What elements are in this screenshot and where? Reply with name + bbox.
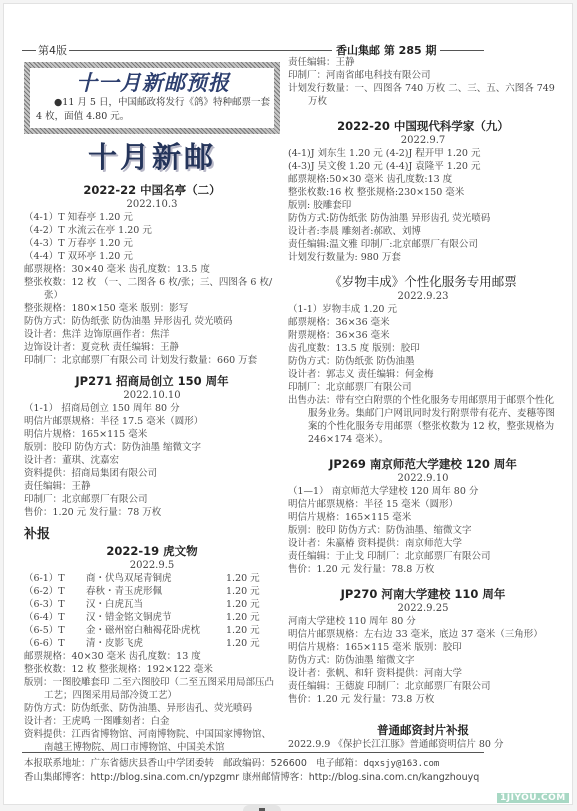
stamp-number: （6-6）T bbox=[24, 637, 86, 650]
spec-line: 邮票规格：40×30 毫米 齿孔度数：13 度 bbox=[24, 650, 280, 663]
spec-line: （1-1）岁物丰成 1.20 元 bbox=[288, 303, 558, 316]
spec-line: 售价：1.20 元 发行量：78.8 万枚 bbox=[288, 563, 558, 576]
left-column: 十一月新邮预报 ●11 月 5 日，中国邮政将发行《鸽》特种邮票一套 4 枚，面… bbox=[24, 62, 280, 754]
november-preview-box: 十一月新邮预报 ●11 月 5 日，中国邮政将发行《鸽》特种邮票一套 4 枚，面… bbox=[24, 62, 280, 134]
stamp-item: （4-3）T 万春亭 1.20 元 bbox=[24, 237, 280, 250]
spec-line: 计划发行数量：一、四图各 740 万枚 二、三、五、六图各 749 万枚 bbox=[288, 82, 558, 108]
spec-line: 版别：胶印 防伪方式：防伪油墨 缩微文字 bbox=[24, 441, 280, 454]
section-title: JP270 河南大学建校 110 周年 bbox=[288, 586, 558, 602]
spec-line: 印制厂：北京邮票厂有限公司 bbox=[24, 493, 280, 506]
sale-method: 出售办法：带有空白附票的个性化服务专用邮票用于邮票个性化服务业务。集邮门户网讯同… bbox=[288, 394, 558, 446]
spec-line: 印制厂：北京邮票厂有限公司 计划发行数量：660 万套 bbox=[24, 354, 280, 367]
table-row: （6-2）T 春秋・青玉虎形佩 1.20 元 bbox=[24, 585, 260, 598]
stamp-number: （6-5）T bbox=[24, 624, 86, 637]
spec-line: 责任编辑：王静 bbox=[288, 56, 558, 69]
section-date: 2022.10.3 bbox=[24, 198, 280, 211]
spec-line: 责任编辑：于止戈 印制厂：北京邮票厂有限公司 bbox=[288, 550, 558, 563]
section-date: 2022.9.23 bbox=[288, 290, 558, 303]
spec-line: 整张枚数:16 枚 整张规格:230×150 毫米 bbox=[288, 186, 558, 199]
spec-line: 设计者:李晨 雕刻者:郝欧、刘博 bbox=[288, 225, 558, 238]
stamp-number: （6-1）T bbox=[24, 572, 86, 585]
section-date: 2022.9.5 bbox=[24, 559, 280, 572]
right-column: 责任编辑：王静 印制厂：河南省邮电科技有限公司 计划发行数量：一、四图各 740… bbox=[288, 56, 558, 751]
blog2-link[interactable]: http://blog.sina.com.cn/kangzhouyq bbox=[309, 772, 480, 783]
spec-line: 设计者：朱嬴椿 资料提供：南京师范大学 bbox=[288, 537, 558, 550]
blog1-label: 香山集邮博客： bbox=[24, 772, 91, 783]
section-2022-22: 2022-22 中国名亭（二） 2022.10.3 （4-1）T 知春亭 1.2… bbox=[24, 182, 280, 367]
table-row: （6-5）T 金・磁州窑白釉褐花卧虎枕 1.20 元 bbox=[24, 624, 260, 637]
stamp-price: 1.20 元 bbox=[226, 585, 260, 598]
spec-line: 整张枚数：12 枚 整张规格：192×122 毫米 bbox=[24, 663, 280, 676]
supplement-heading: 补报 bbox=[24, 527, 280, 543]
spec-line: 责任编辑：王静 bbox=[24, 480, 280, 493]
spec-line: （1-1） 招商局创立 150 周年 80 分 bbox=[24, 402, 280, 415]
spec-line: 防伪方式：防伪纸张 防伪油墨 bbox=[288, 355, 558, 368]
section-title: 2022-20 中国现代科学家（九） bbox=[288, 118, 558, 134]
address-label: 本报联系地址：广东省德庆县香山中学团委转 bbox=[24, 758, 214, 769]
section-postal-stationery: 普通邮资封片补报 2022.9.9 《保护长江江豚》普通邮资明信片 80 分 bbox=[288, 722, 558, 751]
stamp-name: 汉・白虎瓦当 bbox=[86, 598, 226, 611]
section-title: 2022-19 虎文物 bbox=[24, 543, 280, 559]
stamp-price: 1.20 元 bbox=[226, 637, 260, 650]
stamp-number: （6-2）T bbox=[24, 585, 86, 598]
spec-line: 齿孔度数：13.5 度 版别：胶印 bbox=[288, 342, 558, 355]
spec-line: 资料提供：江西省博物馆、河南博物院、中国国家博物馆、南越王博物院、周口市博物馆、… bbox=[24, 728, 280, 754]
section-date: 2022.9.25 bbox=[288, 602, 558, 615]
spec-line: 明信片邮票规格：左右边 33 毫米，底边 37 毫米（三角形） bbox=[288, 628, 558, 641]
spec-line: 计划发行数量为: 980 万套 bbox=[288, 251, 558, 264]
stamp-item: （4-4）T 双环亭 1.20 元 bbox=[24, 250, 280, 263]
spec-line: 明信片邮票规格：半径 17.5 毫米（圆形） bbox=[24, 415, 280, 428]
spec-line: 邮票规格：30×40 毫米 齿孔度数：13.5 度 bbox=[24, 263, 280, 276]
spec-line: 边饰设计者：夏竞秋 责任编辑：王静 bbox=[24, 341, 280, 354]
preview-text: ●11 月 5 日，中国邮政将发行《鸽》特种邮票一套 4 枚，面值 4.80 元… bbox=[36, 96, 270, 124]
stamp-price: 1.20 元 bbox=[226, 598, 260, 611]
stamp-name: 汉・错金铭文铜虎节 bbox=[86, 611, 226, 624]
postcode: 526600 bbox=[271, 758, 307, 769]
email-link[interactable]: dqxsjy@163.com bbox=[363, 759, 439, 769]
spec-line: 版别: 胶雕套印 bbox=[288, 199, 558, 212]
table-row: （6-4）T 汉・错金铭文铜虎节 1.20 元 bbox=[24, 611, 260, 624]
section-title: JP269 南京师范大学建校 120 周年 bbox=[288, 456, 558, 472]
spec-line: 资料提供：招商局集团有限公司 bbox=[24, 467, 280, 480]
table-row: （6-6）T 清・皮影飞虎 1.20 元 bbox=[24, 637, 260, 650]
spec-line: (4-3)J 吴文俊 1.20 元 (4-4)J 袁隆平 1.20 元 bbox=[288, 160, 558, 173]
spec-line: 设计者：焦洋 边饰原画作者：焦洋 bbox=[24, 328, 280, 341]
spec-line: 版别：一图胶雕套印 二至六图胶印（二至五图采用局部压凸工艺；四图采用局部冷烫工艺… bbox=[24, 676, 280, 702]
stamp-table: （6-1）T 商・伏鸟双尾青铜虎 1.20 元 （6-2）T 春秋・青玉虎形佩 … bbox=[24, 572, 260, 650]
table-row: （6-3）T 汉・白虎瓦当 1.20 元 bbox=[24, 598, 260, 611]
section-2022-20: 2022-20 中国现代科学家（九） 2022.9.7 (4-1)J 刘东生 1… bbox=[288, 118, 558, 264]
stamp-price: 1.20 元 bbox=[226, 572, 260, 585]
spec-line: 责任编辑:温文雅 印制厂:北京邮票厂有限公司 bbox=[288, 238, 558, 251]
stamp-name: 商・伏鸟双尾青铜虎 bbox=[86, 572, 226, 585]
section-title: 2022-22 中国名亭（二） bbox=[24, 182, 280, 198]
footer-rule bbox=[22, 752, 484, 753]
spec-line: 版别：胶印 防伪方式：防伪油墨、缩微文字 bbox=[288, 524, 558, 537]
section-date: 2022.9.7 bbox=[288, 134, 558, 147]
spec-line: 防伪方式：防伪纸张、防伪油墨、异形齿孔、荧光喷码 bbox=[24, 702, 280, 715]
spec-line: 印制厂：北京邮票厂有限公司 bbox=[288, 381, 558, 394]
spec-line: 防伪方式：防伪纸张 防伪油墨 异形齿孔 荧光喷码 bbox=[24, 315, 280, 328]
spec-line: 整张规格：180×150 毫米 版别：影写 bbox=[24, 302, 280, 315]
blog2-label: 康州邮情博客： bbox=[242, 772, 309, 783]
spec-line: 售价：1.20 元 发行量：73.8 万枚 bbox=[288, 693, 558, 706]
spec-line: 邮票规格：36×36 毫米 bbox=[288, 316, 558, 329]
spec-line: 明信片规格：165×115 毫米 bbox=[288, 511, 558, 524]
spec-line: 整张枚数：12 枚 （一、二图各 6 枚/张；三、四图各 6 枚/张） bbox=[24, 276, 280, 302]
site-watermark: 1JIYOU.COM bbox=[497, 793, 569, 803]
spec-line: 设计者：王虎鸣 一图雕刻者：白金 bbox=[24, 715, 280, 728]
section-personalized-stamp: 《岁物丰成》个性化服务专用邮票 2022.9.23 （1-1）岁物丰成 1.20… bbox=[288, 274, 558, 446]
spec-line: 设计者：郭志义 责任编辑：何金梅 bbox=[288, 368, 558, 381]
table-row: （6-1）T 商・伏鸟双尾青铜虎 1.20 元 bbox=[24, 572, 260, 585]
stamp-price: 1.20 元 bbox=[226, 624, 260, 637]
section-continuation: 责任编辑：王静 印制厂：河南省邮电科技有限公司 计划发行数量：一、四图各 740… bbox=[288, 56, 558, 108]
section-title: 普通邮资封片补报 bbox=[288, 722, 558, 738]
stamp-item: （4-2）T 水流云在亭 1.20 元 bbox=[24, 224, 280, 237]
scroll-handle[interactable] bbox=[243, 805, 281, 811]
section-date: 2022.10.10 bbox=[24, 389, 280, 402]
section-jp270: JP270 河南大学建校 110 周年 2022.9.25 河南大学建校 110… bbox=[288, 586, 558, 706]
stamp-price: 1.20 元 bbox=[226, 611, 260, 624]
spec-line: 设计者：董琪、沈嘉宏 bbox=[24, 454, 280, 467]
section-date: 2022.9.10 bbox=[288, 472, 558, 485]
stamp-name: 金・磁州窑白釉褐花卧虎枕 bbox=[86, 624, 226, 637]
footer: 本报联系地址：广东省德庆县香山中学团委转 邮政编码：526600 电子邮箱：dq… bbox=[24, 757, 544, 784]
stamp-name: 清・皮影飞虎 bbox=[86, 637, 226, 650]
stamp-number: （6-3）T bbox=[24, 598, 86, 611]
spec-line: 印制厂：河南省邮电科技有限公司 bbox=[288, 69, 558, 82]
postcode-label: 邮政编码： bbox=[223, 758, 271, 769]
spec-line: 防伪方式:防伪纸张 防伪油墨 异形齿孔 荧光喷码 bbox=[288, 212, 558, 225]
spec-line: 附票规格：36×36 毫米 bbox=[288, 329, 558, 342]
section-jp269: JP269 南京师范大学建校 120 周年 2022.9.10 （1—1） 南京… bbox=[288, 456, 558, 576]
spec-line: （1—1） 南京师范大学建校 120 周年 80 分 bbox=[288, 485, 558, 498]
spec-line: 2022.9.9 《保护长江江豚》普通邮资明信片 80 分 bbox=[288, 738, 558, 751]
preview-title: 十一月新邮预报 bbox=[36, 70, 270, 96]
spec-line: (4-1)J 刘东生 1.20 元 (4-2)J 程开甲 1.20 元 bbox=[288, 147, 558, 160]
spec-line: 售价：1.20 元 发行量：78 万枚 bbox=[24, 506, 280, 519]
edition-label: 第4版 bbox=[36, 42, 69, 58]
spec-line: 邮票规格:50×30 毫米 齿孔度数:13 度 bbox=[288, 173, 558, 186]
stamp-item: （4-1）T 知春亭 1.20 元 bbox=[24, 211, 280, 224]
section-2022-19: 2022-19 虎文物 2022.9.5 （6-1）T 商・伏鸟双尾青铜虎 1.… bbox=[24, 543, 280, 754]
spec-line: 明信片邮票规格：半径 15 毫米（圆形） bbox=[288, 498, 558, 511]
main-title: 十月新邮 bbox=[24, 138, 280, 176]
stamp-name: 春秋・青玉虎形佩 bbox=[86, 585, 226, 598]
spec-line: 防伪方式：防伪油墨 缩微文字 bbox=[288, 654, 558, 667]
section-title: JP271 招商局创立 150 周年 bbox=[24, 373, 280, 389]
spec-line: 明信片规格：165×115 毫米 版别：胶印 bbox=[288, 641, 558, 654]
stamp-number: （6-4）T bbox=[24, 611, 86, 624]
spec-line: 设计者：张帆、和轩 资料提供：河南大学 bbox=[288, 667, 558, 680]
spec-line: 河南大学建校 110 周年 80 分 bbox=[288, 615, 558, 628]
spec-line: 责任编辑：王德旋 印制厂：北京邮票厂有限公司 bbox=[288, 680, 558, 693]
blog1-link[interactable]: http://blog.sina.com.cn/ypzgmr bbox=[91, 772, 240, 783]
section-title: 《岁物丰成》个性化服务专用邮票 bbox=[288, 274, 558, 290]
spec-line: 明信片规格：165×115 毫米 bbox=[24, 428, 280, 441]
section-jp271: JP271 招商局创立 150 周年 2022.10.10 （1-1） 招商局创… bbox=[24, 373, 280, 519]
email-label: 电子邮箱： bbox=[316, 758, 364, 769]
